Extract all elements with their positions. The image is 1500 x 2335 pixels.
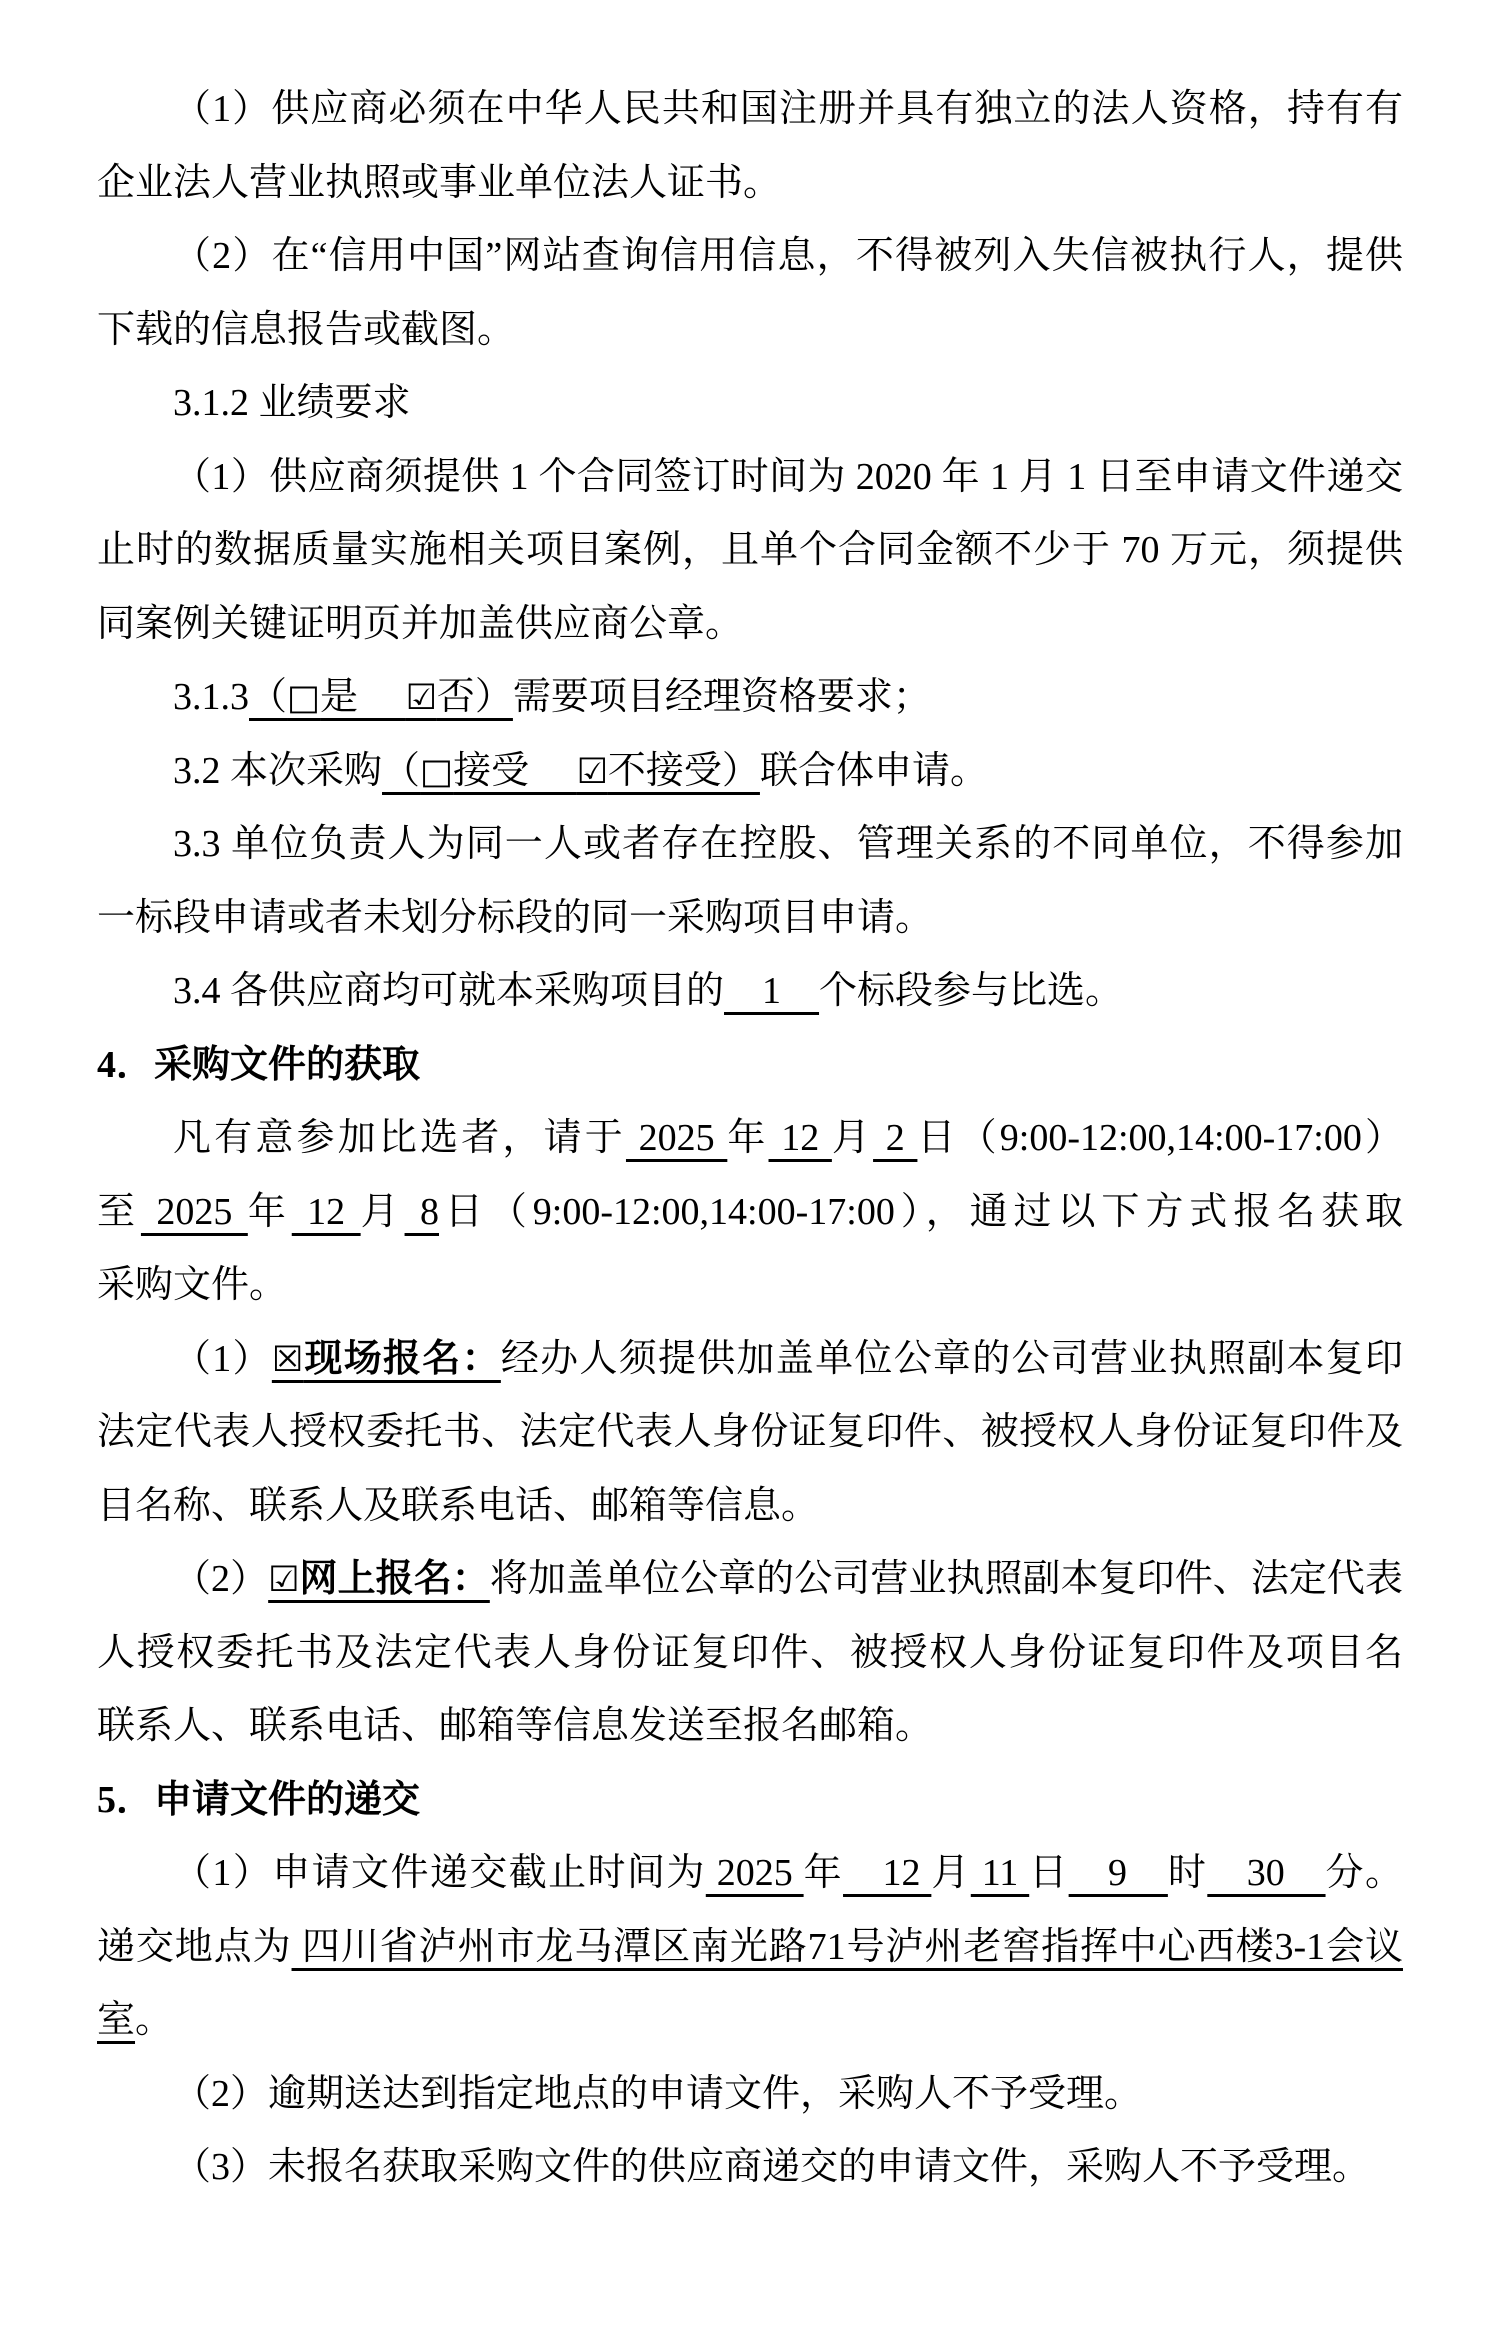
text-segment: 个标段参与比选。 (819, 970, 1123, 1012)
text-segment: 3.2 本次采购 (173, 750, 382, 792)
checkbox-checked-icon: ☑ (577, 752, 608, 792)
checkbox-empty-icon: □ (287, 678, 320, 718)
text-line: 下载的信息报告或截图。 (97, 294, 1403, 368)
text-segment: 。 (135, 1999, 173, 2041)
text-line: （1）☒现场报名：经办人须提供加盖单位公章的公司营业执照副本复印件、 (97, 1323, 1403, 1397)
checkbox-x-icon: ☒ (272, 1340, 303, 1380)
text-segment: （2） (173, 1558, 268, 1600)
text-segment: 4．采购文件的获取 (97, 1044, 420, 1086)
text-line: 人授权委托书及法定代表人身份证复印件、被授权人身份证复印件及项目名称、 (97, 1617, 1403, 1691)
text-segment: （2）逾期送达到指定地点的申请文件，采购人不予受理。 (173, 2073, 1142, 2115)
text-line: 凡有意参加比选者，请于 2025 年 12 月 2 日（9:00-12:00,1… (97, 1102, 1403, 1176)
text-line: 目名称、联系人及联系电话、邮箱等信息。 (97, 1470, 1403, 1544)
text-segment: （ (382, 750, 420, 792)
text-segment: 2025 (706, 1852, 804, 1894)
text-segment: 四川省泸州市龙马潭区南光路71号泸州老窖指挥中心西楼3-1会议 (292, 1926, 1403, 1968)
text-line: 3.4 各供应商均可就本采购项目的 1 个标段参与比选。 (97, 955, 1403, 1029)
text-line: 递交地点为 四川省泸州市龙马潭区南光路71号泸州老窖指挥中心西楼3-1会议 (97, 1911, 1403, 1985)
text-line: （1）供应商必须在中华人民共和国注册并具有独立的法人资格，持有有效 (97, 73, 1403, 147)
text-line: （2）逾期送达到指定地点的申请文件，采购人不予受理。 (97, 2058, 1403, 2132)
text-segment: 3.1.3 (173, 676, 249, 718)
checkbox-checked-icon: ☑ (268, 1560, 299, 1600)
text-line: 3.1.3（□是 ☑否）需要项目经理资格要求； (97, 661, 1403, 735)
text-segment: （2）在“信用中国”网站查询信用信息，不得被列入失信被执行人，提供 (173, 235, 1403, 277)
text-line: 一标段申请或者未划分标段的同一采购项目申请。 (97, 882, 1403, 956)
text-segment: 8 (405, 1191, 439, 1233)
text-segment: 2025 (141, 1191, 248, 1233)
section-heading: 5．申请文件的递交 (97, 1764, 1403, 1838)
text-line: 室。 (97, 1984, 1403, 2058)
text-segment: 年 (804, 1852, 843, 1894)
text-segment: 递交地点为 (97, 1926, 292, 1968)
document-page: （1）供应商必须在中华人民共和国注册并具有独立的法人资格，持有有效企业法人营业执… (0, 0, 1500, 2335)
text-segment: 否） (437, 676, 513, 718)
text-segment: 不接受） (608, 750, 760, 792)
text-segment: 2025 (626, 1117, 727, 1159)
text-segment: 30 (1207, 1852, 1325, 1894)
text-segment: 采购文件。 (97, 1264, 287, 1306)
text-line: 止时的数据质量实施相关项目案例，且单个合同金额不少于 70 万元，须提供合 (97, 514, 1403, 588)
text-segment: 年 (727, 1117, 768, 1159)
text-segment: 12 (292, 1191, 361, 1233)
text-segment: 是 (320, 676, 406, 718)
text-line: 3.3 单位负责人为同一人或者存在控股、管理关系的不同单位，不得参加同 (97, 808, 1403, 882)
text-segment: 分。 (1326, 1852, 1403, 1894)
text-segment: 9 (1069, 1852, 1168, 1894)
text-segment: （1）供应商须提供 1 个合同签订时间为 2020 年 1 月 1 日至申请文件… (97, 456, 1403, 515)
text-segment: 3.3 单位负责人为同一人或者存在控股、管理关系的不同单位，不得参加同 (97, 823, 1403, 882)
text-segment: 人授权委托书及法定代表人身份证复印件、被授权人身份证复印件及项目名称、 (97, 1632, 1403, 1691)
document-content: （1）供应商必须在中华人民共和国注册并具有独立的法人资格，持有有效企业法人营业执… (97, 73, 1403, 2205)
text-line: 采购文件。 (97, 1249, 1403, 1323)
text-segment: 年 (248, 1191, 292, 1233)
text-line: 3.1.2 业绩要求 (97, 367, 1403, 441)
text-segment: 接受 (453, 750, 577, 792)
text-line: （2）☑网上报名：将加盖单位公章的公司营业执照副本复印件、法定代表 (97, 1543, 1403, 1617)
text-segment: 12 (843, 1852, 931, 1894)
text-segment: 联系人、联系电话、邮箱等信息发送至报名邮箱。 (97, 1705, 933, 1747)
text-segment: （3）未报名获取采购文件的供应商递交的申请文件，采购人不予受理。 (173, 2146, 1370, 2188)
text-segment: 将加盖单位公章的公司营业执照副本复印件、法定代表 (490, 1558, 1403, 1600)
text-segment: （ (249, 676, 287, 718)
text-segment: （1）申请文件递交截止时间为 (173, 1852, 706, 1894)
text-segment: 法定代表人授权委托书、法定代表人身份证复印件、被授权人身份证复印件及项 (97, 1411, 1403, 1470)
text-line: 至 2025 年 12 月 8日（9:00-12:00,14:00-17:00）… (97, 1176, 1403, 1250)
text-line: 3.2 本次采购（□接受 ☑不接受）联合体申请。 (97, 735, 1403, 809)
text-segment: 需要项目经理资格要求； (513, 676, 931, 718)
text-line: 同案例关键证明页并加盖供应商公章。 (97, 588, 1403, 662)
text-segment: （1）供应商必须在中华人民共和国注册并具有独立的法人资格，持有有效 (97, 88, 1403, 147)
text-segment: 时 (1168, 1852, 1207, 1894)
text-line: （1）供应商须提供 1 个合同签订时间为 2020 年 1 月 1 日至申请文件… (97, 441, 1403, 515)
text-segment: 现场报名： (303, 1338, 501, 1380)
text-segment: （1） (173, 1338, 272, 1380)
text-segment: 1 (724, 970, 819, 1012)
text-segment: 企业法人营业执照或事业单位法人证书。 (97, 162, 781, 204)
section-heading: 4．采购文件的获取 (97, 1029, 1403, 1103)
text-segment: 目名称、联系人及联系电话、邮箱等信息。 (97, 1485, 819, 1527)
text-line: （3）未报名获取采购文件的供应商递交的申请文件，采购人不予受理。 (97, 2131, 1403, 2205)
text-segment: 同案例关键证明页并加盖供应商公章。 (97, 603, 743, 645)
text-segment: 日（9:00-12:00,14:00-17:00），通过以下方式报名获取 (439, 1191, 1403, 1233)
text-line: （1）申请文件递交截止时间为 2025 年 12 月 11 日 9 时 30 分… (97, 1837, 1403, 1911)
text-segment: 日（9:00-12:00,14:00-17:00） (917, 1117, 1403, 1159)
text-line: 联系人、联系电话、邮箱等信息发送至报名邮箱。 (97, 1690, 1403, 1764)
checkbox-checked-icon: ☑ (406, 678, 437, 718)
text-segment: 凡有意参加比选者，请于 (173, 1117, 626, 1159)
text-segment: 3.1.2 业绩要求 (173, 382, 411, 424)
text-segment: 网上报名： (300, 1558, 490, 1600)
text-line: （2）在“信用中国”网站查询信用信息，不得被列入失信被执行人，提供 (97, 220, 1403, 294)
text-segment: 一标段申请或者未划分标段的同一采购项目申请。 (97, 897, 933, 939)
text-segment: 月 (361, 1191, 405, 1233)
text-segment: 3.4 各供应商均可就本采购项目的 (173, 970, 724, 1012)
text-segment: 联合体申请。 (760, 750, 988, 792)
text-segment: 月 (931, 1852, 970, 1894)
text-segment: 下载的信息报告或截图。 (97, 309, 515, 351)
text-line: 企业法人营业执照或事业单位法人证书。 (97, 147, 1403, 221)
text-segment: 室 (97, 1999, 135, 2041)
text-segment: 日 (1029, 1852, 1068, 1894)
text-line: 法定代表人授权委托书、法定代表人身份证复印件、被授权人身份证复印件及项 (97, 1396, 1403, 1470)
text-segment: 2 (873, 1117, 917, 1159)
text-segment: 5．申请文件的递交 (97, 1779, 420, 1821)
text-segment: 11 (971, 1852, 1029, 1894)
checkbox-empty-icon: □ (420, 752, 453, 792)
text-segment: 月 (832, 1117, 873, 1159)
text-segment: 12 (769, 1117, 832, 1159)
text-segment: 止时的数据质量实施相关项目案例，且单个合同金额不少于 70 万元，须提供合 (97, 529, 1403, 588)
text-segment: 至 (97, 1191, 141, 1233)
